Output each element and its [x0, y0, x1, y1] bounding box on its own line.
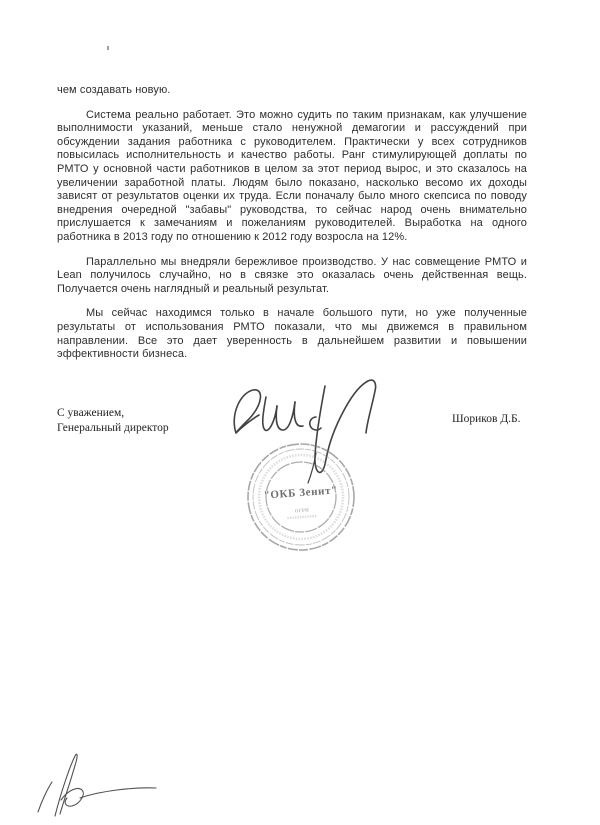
signoff-block: С уважением, Генеральный директор	[57, 406, 169, 436]
signoff-title: Генеральный директор	[57, 421, 169, 436]
letter-body: чем создавать новую. Система реально раб…	[57, 84, 527, 373]
handwritten-paraph	[28, 748, 198, 822]
paragraph: Параллельно мы внедряли бережливое произ…	[57, 256, 527, 297]
scan-speck	[107, 46, 109, 50]
paragraph: Система реально работает. Это можно суди…	[57, 109, 527, 245]
signoff-salutation: С уважением,	[57, 406, 169, 421]
scanned-letter-page: чем создавать новую. Система реально раб…	[0, 0, 600, 825]
stamp-center-text: "ОКБ Зенит"	[263, 484, 338, 501]
stamp-sub-text: ОГРН	[295, 508, 310, 514]
signer-name: Шориков Д.Б.	[452, 413, 521, 425]
paragraph: Мы сейчас находимся только в начале боль…	[57, 307, 527, 361]
company-stamp: "ОКБ Зенит" ОГРН	[244, 440, 358, 554]
stamp-number-microtext	[287, 516, 317, 518]
paragraph-fragment: чем создавать новую.	[57, 84, 527, 98]
